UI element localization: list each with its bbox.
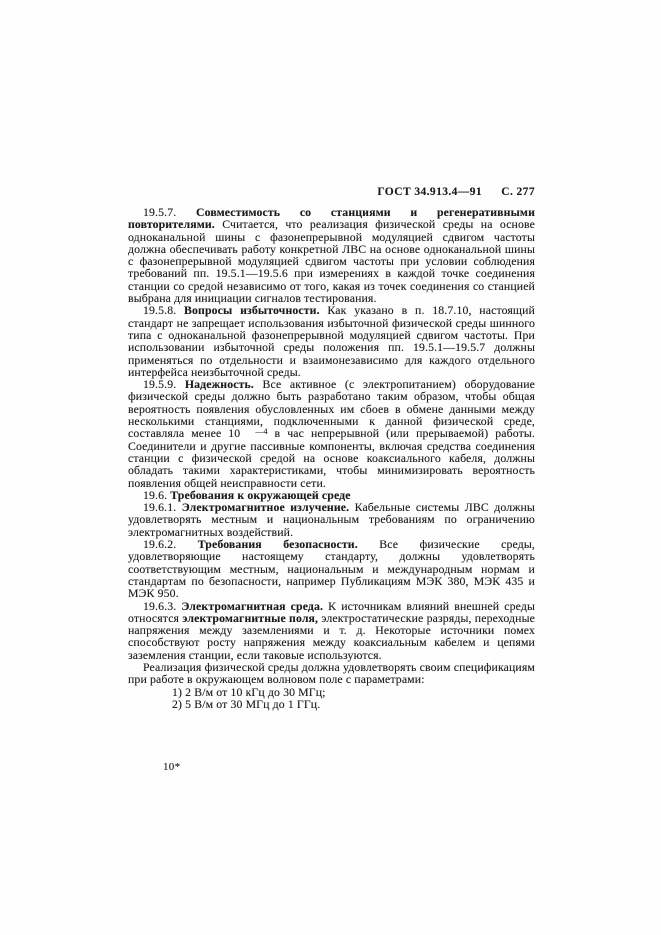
document-page: ГОСТ 34.913.4—91 С. 277 19.5.7. Совмести… (0, 0, 661, 935)
text-run: Как указано в п. 18.7.10, настоящий стан… (128, 303, 535, 378)
text-run: Считается, что реализация физической сре… (128, 217, 535, 305)
typographic-signature: 10* (163, 761, 180, 773)
page-header: ГОСТ 34.913.4—91 С. 277 (377, 186, 535, 198)
text-run: Реализация физической среды должна удовл… (128, 660, 535, 686)
paragraph: 19.5.9. Надежность. Все активное (с элек… (128, 378, 535, 489)
paragraph: 19.6.3. Электромагнитная среда. К источн… (128, 600, 535, 661)
paragraph: 19.6.2. Требования безопасности. Все физ… (128, 538, 535, 599)
standard-number: ГОСТ 34.913.4—91 (377, 186, 482, 198)
page-number: С. 277 (501, 186, 535, 198)
list-item: 2) 5 В/м от 30 МГц до 1 ГГц. (128, 698, 535, 711)
paragraph: Реализация физической среды должна удовл… (128, 661, 535, 686)
document-body: 19.5.7. Совместимость со станциями и рег… (128, 206, 535, 711)
paragraph: 19.5.8. Вопросы избыточности. Как указан… (128, 304, 535, 378)
text-run: 2) 5 В/м от 30 МГц до 1 ГГц. (172, 697, 320, 711)
paragraph: 19.5.7. Совместимость со станциями и рег… (128, 206, 535, 304)
paragraph: 19.6.1. Электромагнитное излучение. Кабе… (128, 501, 535, 538)
